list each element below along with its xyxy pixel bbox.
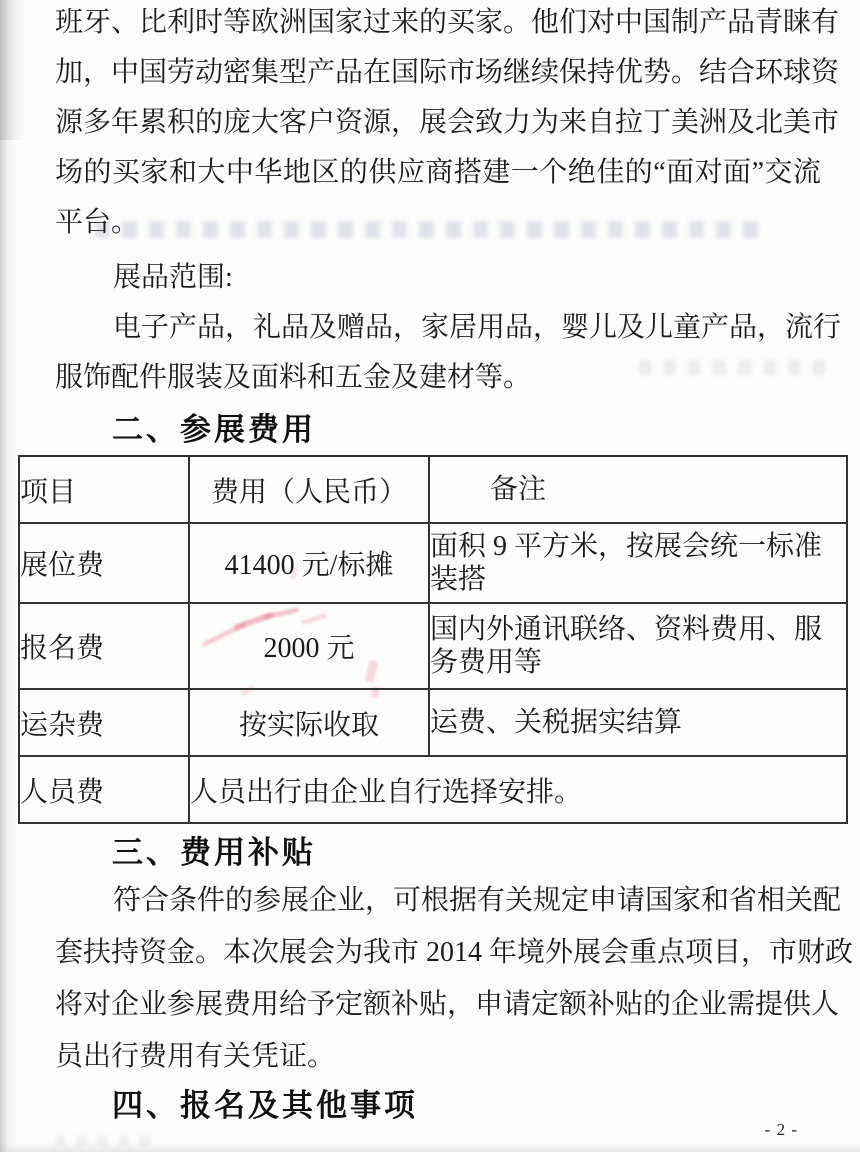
table-header-row: 项目 费用（人民币） 备注 [19,456,847,523]
paragraph-line: 平台。 [55,198,821,248]
paragraph-line: 套扶持资金。本次展会为我市 2014 年境外展会重点项目，市财政 [55,927,821,979]
paragraph-line: 源多年累积的庞大客户资源，展会致力为来自拉丁美洲及北美市 [55,98,821,148]
cell-fee: 41400 元/标摊 [189,523,429,603]
section-heading-registration: 四、报名及其他事项 [112,1086,418,1126]
page-number: - 2 - [765,1120,798,1140]
column-header-note: 备注 [429,456,847,523]
fees-table: 项目 费用（人民币） 备注 展位费 41400 元/标摊 面积 9 平方米，按展… [18,455,848,824]
paragraph-line: 符合条件的参展企业，可根据有关规定申请国家和省相关配 [55,875,821,927]
cell-item: 运杂费 [19,689,189,756]
scan-edge-shadow-corner [0,0,26,140]
paragraph-line: 服饰配件服装及面料和五金及建材等。 [55,353,821,403]
paragraph-buyers: 班牙、比利时等欧洲国家过来的买家。他们对中国制产品青睐有 加，中国劳动密集型产品… [55,0,821,248]
ink-bleedthrough-smudge [55,1136,150,1146]
paragraph-exhibit-scope: 电子产品，礼品及赠品，家居用品，婴儿及儿童产品，流行 服饰配件服装及面料和五金及… [55,303,821,403]
paragraph-line: 场的买家和大中华地区的供应商搭建一个绝佳的“面对面”交流 [55,148,821,198]
cell-item: 人员费 [19,756,189,823]
cell-note: 运费、关税据实结算 [429,689,847,756]
table-row: 人员费 人员出行由企业自行选择安排。 [19,756,847,823]
paragraph-line: 加，中国劳动密集型产品在国际市场继续保持优势。结合环球资 [55,48,821,98]
paragraph-subsidy: 符合条件的参展企业，可根据有关规定申请国家和省相关配 套扶持资金。本次展会为我市… [55,875,821,1083]
scanned-document-page: 班牙、比利时等欧洲国家过来的买家。他们对中国制产品青睐有 加，中国劳动密集型产品… [0,0,860,1152]
cell-item: 展位费 [19,523,189,603]
cell-item: 报名费 [19,603,189,689]
column-header-item: 项目 [19,456,189,523]
paragraph-line: 电子产品，礼品及赠品，家居用品，婴儿及儿童产品，流行 [55,303,821,353]
table-row: 报名费 2000 元 国内外通讯联络、资料费用、服务费用等 [19,603,847,689]
cell-note: 面积 9 平方米，按展会统一标准装搭 [429,523,847,603]
cell-fee: 按实际收取 [189,689,429,756]
paragraph-line: 班牙、比利时等欧洲国家过来的买家。他们对中国制产品青睐有 [55,0,821,48]
cell-fee: 2000 元 [189,603,429,689]
column-header-fee: 费用（人民币） [189,456,429,523]
table-row: 展位费 41400 元/标摊 面积 9 平方米，按展会统一标准装搭 [19,523,847,603]
paragraph-line: 员出行费用有关凭证。 [55,1031,821,1083]
cell-merged-note: 人员出行由企业自行选择安排。 [189,756,847,823]
exhibit-scope-label: 展品范围: [55,253,821,303]
paragraph-line: 将对企业参展费用给予定额补贴，申请定额补贴的企业需提供人 [55,979,821,1031]
section-heading-subsidy: 三、费用补贴 [112,833,316,873]
section-heading-fees: 二、参展费用 [112,410,316,450]
cell-note: 国内外通讯联络、资料费用、服务费用等 [429,603,847,689]
table-row: 运杂费 按实际收取 运费、关税据实结算 [19,689,847,756]
scan-edge-shadow-left [0,0,16,1152]
